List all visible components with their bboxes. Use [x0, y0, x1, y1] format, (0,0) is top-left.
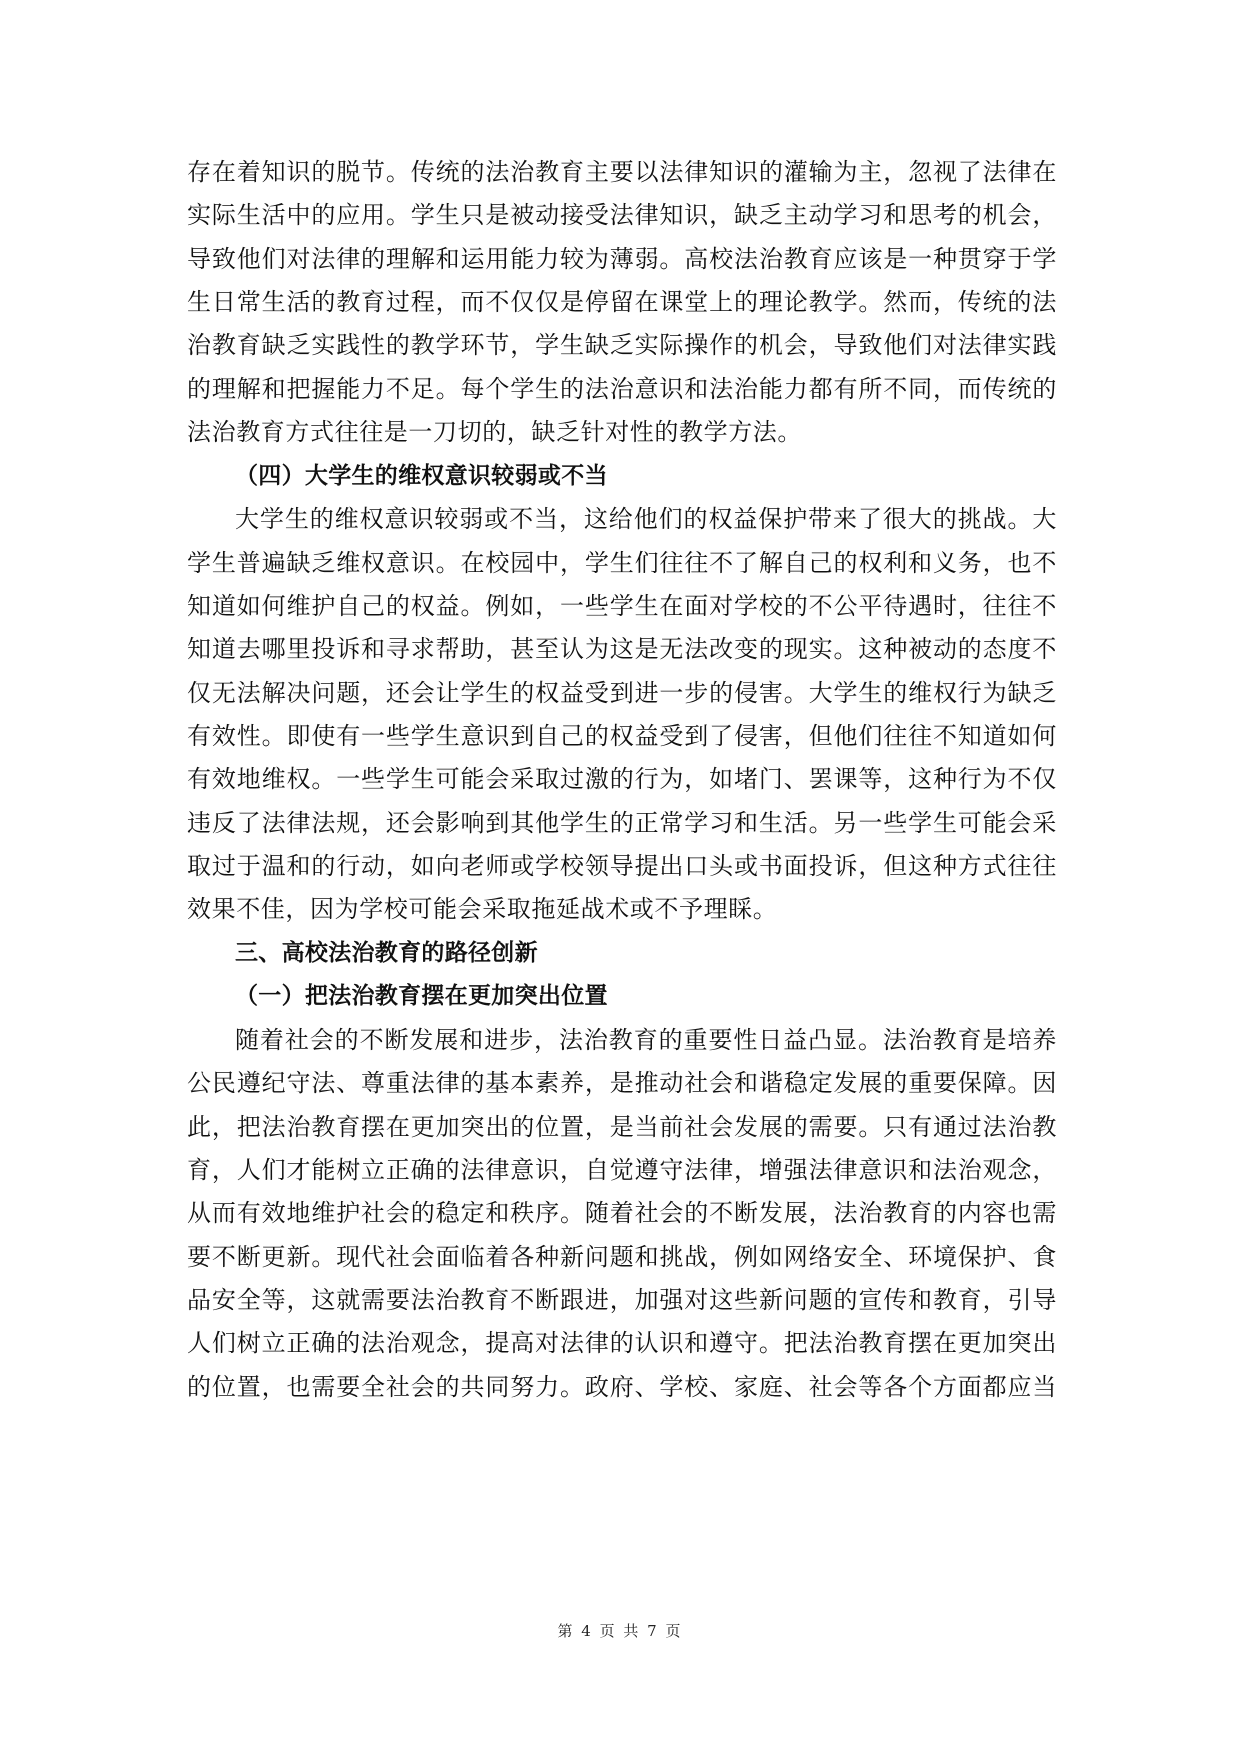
- paragraph-line: 此，把法治教育摆在更加突出的位置，是当前社会发展的需要。只有通过法治教: [187, 1105, 1057, 1149]
- paragraph-line: 品安全等，这就需要法治教育不断跟进，加强对这些新问题的宣传和教育，引导: [187, 1278, 1057, 1322]
- paragraph-line: 导致他们对法律的理解和运用能力较为薄弱。高校法治教育应该是一种贯穿于学: [187, 237, 1057, 281]
- document-page: 存在着知识的脱节。传统的法治教育主要以法律知识的灌输为主，忽视了法律在实际生活中…: [0, 0, 1240, 1753]
- paragraph-line: 大学生的维权意识较弱或不当，这给他们的权益保护带来了很大的挑战。大: [235, 497, 1057, 541]
- paragraph-line: 育，人们才能树立正确的法律意识，自觉遵守法律，增强法律意识和法治观念，: [187, 1148, 1057, 1192]
- section-heading: （一）把法治教育摆在更加突出位置: [235, 974, 1057, 1018]
- paragraph-line: 的理解和把握能力不足。每个学生的法治意识和法治能力都有所不同，而传统的: [187, 367, 1057, 411]
- paragraph-line: 法治教育方式往往是一刀切的，缺乏针对性的教学方法。: [187, 410, 1057, 454]
- paragraph-line: 存在着知识的脱节。传统的法治教育主要以法律知识的灌输为主，忽视了法律在: [187, 150, 1057, 194]
- paragraph-line: 学生普遍缺乏维权意识。在校园中，学生们往往不了解自己的权利和义务，也不: [187, 541, 1057, 585]
- paragraph-line: 有效地维权。一些学生可能会采取过激的行为，如堵门、罢课等，这种行为不仅: [187, 757, 1057, 801]
- paragraph-line: 取过于温和的行动，如向老师或学校领导提出口头或书面投诉，但这种方式往往: [187, 844, 1057, 888]
- paragraph-line: 生日常生活的教育过程，而不仅仅是停留在课堂上的理论教学。然而，传统的法: [187, 280, 1057, 324]
- paragraph-line: 违反了法律法规，还会影响到其他学生的正常学习和生活。另一些学生可能会采: [187, 801, 1057, 845]
- paragraph-line: 实际生活中的应用。学生只是被动接受法律知识，缺乏主动学习和思考的机会，: [187, 193, 1057, 237]
- paragraph-line: 公民遵纪守法、尊重法律的基本素养，是推动社会和谐稳定发展的重要保障。因: [187, 1061, 1057, 1105]
- paragraph-line: 人们树立正确的法治观念，提高对法律的认识和遵守。把法治教育摆在更加突出: [187, 1321, 1057, 1365]
- paragraph-line: 知道去哪里投诉和寻求帮助，甚至认为这是无法改变的现实。这种被动的态度不: [187, 627, 1057, 671]
- paragraph-line: 的位置，也需要全社会的共同努力。政府、学校、家庭、社会等各个方面都应当: [187, 1365, 1057, 1409]
- paragraph-line: 从而有效地维护社会的稳定和秩序。随着社会的不断发展，法治教育的内容也需: [187, 1191, 1057, 1235]
- page-footer: 第 4 页 共 7 页: [0, 1620, 1240, 1641]
- paragraph-line: 仅无法解决问题，还会让学生的权益受到进一步的侵害。大学生的维权行为缺乏: [187, 671, 1057, 715]
- section-heading: （四）大学生的维权意识较弱或不当: [235, 454, 1057, 498]
- paragraph-line: 效果不佳，因为学校可能会采取拖延战术或不予理睬。: [187, 887, 1057, 931]
- section-heading: 三、高校法治教育的路径创新: [235, 931, 1057, 975]
- paragraph-line: 随着社会的不断发展和进步，法治教育的重要性日益凸显。法治教育是培养: [235, 1018, 1057, 1062]
- paragraph-line: 要不断更新。现代社会面临着各种新问题和挑战，例如网络安全、环境保护、食: [187, 1235, 1057, 1279]
- paragraph-line: 有效性。即使有一些学生意识到自己的权益受到了侵害，但他们往往不知道如何: [187, 714, 1057, 758]
- paragraph-line: 治教育缺乏实践性的教学环节，学生缺乏实际操作的机会，导致他们对法律实践: [187, 323, 1057, 367]
- paragraph-line: 知道如何维护自己的权益。例如，一些学生在面对学校的不公平待遇时，往往不: [187, 584, 1057, 628]
